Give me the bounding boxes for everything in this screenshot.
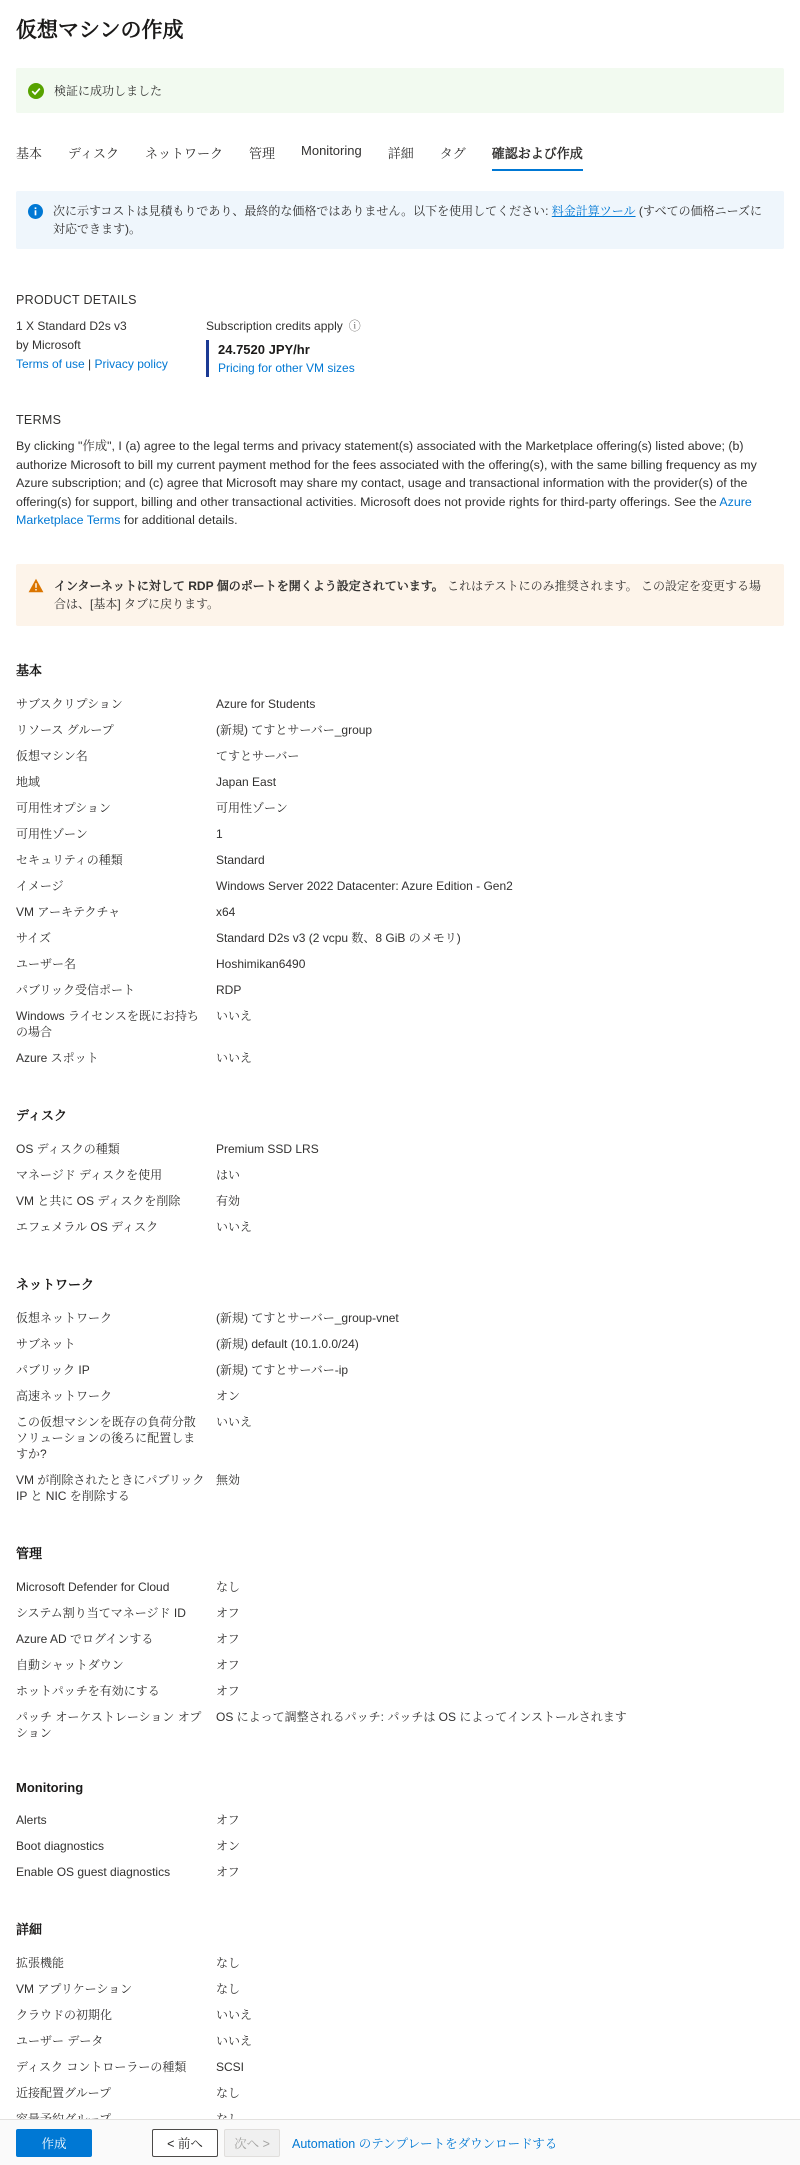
detail-label: Azure スポット	[16, 1050, 216, 1066]
detail-value: なし	[216, 1981, 784, 1997]
detail-row: 自動シャットダウンオフ	[16, 1652, 784, 1678]
detail-label: VM アーキテクチャ	[16, 904, 216, 920]
detail-value: RDP	[216, 982, 784, 998]
detail-value: (新規) てすとサーバー_group-vnet	[216, 1310, 784, 1326]
detail-label: OS ディスクの種類	[16, 1141, 216, 1157]
info-icon	[28, 204, 43, 219]
detail-row: VM が削除されたときにパブリック IP と NIC を削除する無効	[16, 1467, 784, 1509]
detail-row: VM アプリケーションなし	[16, 1976, 784, 2002]
tab-タグ[interactable]: タグ	[440, 143, 466, 171]
detail-label: 仮想マシン名	[16, 748, 216, 764]
tab-基本[interactable]: 基本	[16, 143, 42, 171]
detail-label: 可用性ゾーン	[16, 826, 216, 842]
terms-text-before: By clicking "作成", I (a) agree to the leg…	[16, 439, 757, 509]
detail-label: セキュリティの種類	[16, 852, 216, 868]
detail-row: VM と共に OS ディスクを削除有効	[16, 1188, 784, 1214]
detail-value: オフ	[216, 1864, 784, 1880]
detail-label: クラウドの初期化	[16, 2007, 216, 2023]
detail-value: いいえ	[216, 2033, 784, 2049]
page-title: 仮想マシンの作成	[16, 14, 784, 44]
cost-info-text-before: 次に示すコストは見積もりであり、最終的な価格ではありません。以下を使用してくださ…	[53, 204, 552, 218]
detail-value: OS によって調整されるパッチ: パッチは OS によってインストールされます	[216, 1709, 784, 1741]
create-vm-page: 仮想マシンの作成 検証に成功しました 基本ディスクネットワーク管理Monitor…	[0, 14, 800, 2132]
detail-value: てすとサーバー	[216, 748, 784, 764]
detail-label: Alerts	[16, 1812, 216, 1828]
next-button: 次へ >	[224, 2129, 280, 2157]
detail-row: パブリック IP(新規) てすとサーバー-ip	[16, 1357, 784, 1383]
detail-row: サブスクリプションAzure for Students	[16, 691, 784, 717]
detail-label: Microsoft Defender for Cloud	[16, 1579, 216, 1595]
detail-row: 仮想ネットワーク(新規) てすとサーバー_group-vnet	[16, 1305, 784, 1331]
detail-label: 拡張機能	[16, 1955, 216, 1971]
detail-label: Azure AD でログインする	[16, 1631, 216, 1647]
detail-label: サブスクリプション	[16, 696, 216, 712]
tab-確認および作成[interactable]: 確認および作成	[492, 143, 583, 171]
detail-value: なし	[216, 1955, 784, 1971]
detail-label: 自動シャットダウン	[16, 1657, 216, 1673]
detail-row: Alertsオフ	[16, 1807, 784, 1833]
subscription-credits-label: Subscription credits apply	[206, 319, 343, 333]
privacy-policy-link[interactable]: Privacy policy	[95, 357, 168, 371]
terms-of-use-link[interactable]: Terms of use	[16, 357, 85, 371]
detail-row: 地域Japan East	[16, 769, 784, 795]
detail-value: Premium SSD LRS	[216, 1141, 784, 1157]
detail-value: Standard D2s v3 (2 vcpu 数、8 GiB のメモリ)	[216, 930, 784, 946]
section-title: 管理	[16, 1543, 784, 1562]
detail-label: エフェメラル OS ディスク	[16, 1219, 216, 1235]
product-details-left: 1 X Standard D2s v3 by Microsoft Terms o…	[16, 317, 206, 377]
detail-row: サイズStandard D2s v3 (2 vcpu 数、8 GiB のメモリ)	[16, 925, 784, 951]
detail-value: オフ	[216, 1657, 784, 1673]
detail-value: Standard	[216, 852, 784, 868]
product-publisher: by Microsoft	[16, 336, 206, 355]
terms-text-after: for additional details.	[120, 513, 237, 527]
detail-value: オフ	[216, 1631, 784, 1647]
detail-value: いいえ	[216, 1008, 784, 1040]
detail-value: はい	[216, 1167, 784, 1183]
rdp-warning-bold: インターネットに対して RDP 個のポートを開くよう設定されています。	[54, 579, 444, 593]
detail-value: (新規) てすとサーバー_group	[216, 722, 784, 738]
detail-label: イメージ	[16, 878, 216, 894]
detail-row: Windows ライセンスを既にお持ちの場合いいえ	[16, 1003, 784, 1045]
pricing-other-vm-sizes-link[interactable]: Pricing for other VM sizes	[218, 361, 355, 375]
detail-value: いいえ	[216, 1219, 784, 1235]
cost-info-banner: 次に示すコストは見積もりであり、最終的な価格ではありません。以下を使用してくださ…	[16, 191, 784, 249]
detail-row: サブネット(新規) default (10.1.0.0/24)	[16, 1331, 784, 1357]
detail-row: ユーザー データいいえ	[16, 2028, 784, 2054]
credits-info-icon[interactable]: ⓘ	[349, 317, 361, 334]
detail-label: 地域	[16, 774, 216, 790]
detail-row: Boot diagnosticsオン	[16, 1833, 784, 1859]
detail-row: 可用性オプション可用性ゾーン	[16, 795, 784, 821]
detail-row: Enable OS guest diagnosticsオフ	[16, 1859, 784, 1885]
detail-value: Japan East	[216, 774, 784, 790]
detail-value: 無効	[216, 1472, 784, 1504]
detail-value: なし	[216, 2085, 784, 2101]
detail-label: VM と共に OS ディスクを削除	[16, 1193, 216, 1209]
section-title: ネットワーク	[16, 1274, 784, 1293]
detail-row: Microsoft Defender for Cloudなし	[16, 1574, 784, 1600]
detail-label: パブリック受信ポート	[16, 982, 216, 998]
detail-label: この仮想マシンを既存の負荷分散ソリューションの後ろに配置しますか?	[16, 1414, 216, 1462]
terms-body: By clicking "作成", I (a) agree to the leg…	[16, 437, 784, 530]
product-name: 1 X Standard D2s v3	[16, 317, 206, 336]
cost-info-text: 次に示すコストは見積もりであり、最終的な価格ではありません。以下を使用してくださ…	[53, 202, 772, 238]
previous-button[interactable]: < 前へ	[152, 2129, 218, 2157]
detail-value: オフ	[216, 1683, 784, 1699]
rdp-warning-text: インターネットに対して RDP 個のポートを開くよう設定されています。 これはテ…	[54, 577, 772, 613]
tab-ディスク[interactable]: ディスク	[68, 143, 119, 171]
detail-row: エフェメラル OS ディスクいいえ	[16, 1214, 784, 1240]
detail-row: 拡張機能なし	[16, 1950, 784, 1976]
detail-label: VM アプリケーション	[16, 1981, 216, 1997]
price-block: 24.7520 JPY/hr Pricing for other VM size…	[206, 340, 784, 377]
tab-詳細[interactable]: 詳細	[388, 143, 414, 171]
detail-row: クラウドの初期化いいえ	[16, 2002, 784, 2028]
create-button[interactable]: 作成	[16, 2129, 92, 2157]
detail-row: この仮想マシンを既存の負荷分散ソリューションの後ろに配置しますか?いいえ	[16, 1409, 784, 1467]
tab-管理[interactable]: 管理	[249, 143, 275, 171]
detail-row: VM アーキテクチャx64	[16, 899, 784, 925]
summary-sections: 基本サブスクリプションAzure for Studentsリソース グループ(新…	[16, 660, 784, 2132]
detail-value: (新規) default (10.1.0.0/24)	[216, 1336, 784, 1352]
detail-value: Hoshimikan6490	[216, 956, 784, 972]
detail-value: 1	[216, 826, 784, 842]
detail-row: パブリック受信ポートRDP	[16, 977, 784, 1003]
detail-value: 可用性ゾーン	[216, 800, 784, 816]
detail-value: Azure for Students	[216, 696, 784, 712]
detail-label: Windows ライセンスを既にお持ちの場合	[16, 1008, 216, 1040]
detail-label: Enable OS guest diagnostics	[16, 1864, 216, 1880]
detail-label: Boot diagnostics	[16, 1838, 216, 1854]
section-title: 詳細	[16, 1919, 784, 1938]
detail-label: ホットパッチを有効にする	[16, 1683, 216, 1699]
detail-label: ユーザー データ	[16, 2033, 216, 2049]
detail-label: パッチ オーケストレーション オプション	[16, 1709, 216, 1741]
detail-row: OS ディスクの種類Premium SSD LRS	[16, 1136, 784, 1162]
detail-value: いいえ	[216, 1414, 784, 1462]
validation-success-text: 検証に成功しました	[54, 82, 162, 99]
detail-label: ディスク コントローラーの種類	[16, 2059, 216, 2075]
detail-row: 仮想マシン名てすとサーバー	[16, 743, 784, 769]
section-title: ディスク	[16, 1105, 784, 1124]
download-automation-template-link[interactable]: Automation のテンプレートをダウンロードする	[292, 2134, 557, 2152]
detail-label: 可用性オプション	[16, 800, 216, 816]
detail-value: x64	[216, 904, 784, 920]
detail-value: SCSI	[216, 2059, 784, 2075]
detail-row: セキュリティの種類Standard	[16, 847, 784, 873]
detail-row: 高速ネットワークオン	[16, 1383, 784, 1409]
tab-ネットワーク[interactable]: ネットワーク	[145, 143, 223, 171]
validation-success-banner: 検証に成功しました	[16, 68, 784, 113]
detail-value: 有効	[216, 1193, 784, 1209]
detail-label: ユーザー名	[16, 956, 216, 972]
detail-label: システム割り当てマネージド ID	[16, 1605, 216, 1621]
detail-row: パッチ オーケストレーション オプションOS によって調整されるパッチ: パッチ…	[16, 1704, 784, 1746]
tab-bar: 基本ディスクネットワーク管理Monitoring詳細タグ確認および作成	[16, 143, 784, 171]
tab-Monitoring[interactable]: Monitoring	[301, 143, 362, 171]
product-details: 1 X Standard D2s v3 by Microsoft Terms o…	[16, 317, 784, 377]
pricing-calculator-link[interactable]: 料金計算ツール	[552, 204, 636, 218]
detail-value: いいえ	[216, 2007, 784, 2023]
warning-triangle-icon	[28, 578, 44, 593]
detail-row: Azure スポットいいえ	[16, 1045, 784, 1071]
detail-row: ユーザー名Hoshimikan6490	[16, 951, 784, 977]
detail-row: マネージド ディスクを使用はい	[16, 1162, 784, 1188]
detail-row: システム割り当てマネージド IDオフ	[16, 1600, 784, 1626]
detail-row: リソース グループ(新規) てすとサーバー_group	[16, 717, 784, 743]
detail-value: オン	[216, 1838, 784, 1854]
section-title: Monitoring	[16, 1780, 784, 1795]
detail-row: イメージWindows Server 2022 Datacenter: Azur…	[16, 873, 784, 899]
detail-value: (新規) てすとサーバー-ip	[216, 1362, 784, 1378]
detail-value: オフ	[216, 1812, 784, 1828]
detail-label: パブリック IP	[16, 1362, 216, 1378]
detail-value: Windows Server 2022 Datacenter: Azure Ed…	[216, 878, 784, 894]
footer-bar: 作成 < 前へ 次へ > Automation のテンプレートをダウンロードする	[0, 2119, 800, 2165]
detail-row: Azure AD でログインするオフ	[16, 1626, 784, 1652]
detail-label: VM が削除されたときにパブリック IP と NIC を削除する	[16, 1472, 216, 1504]
detail-label: サブネット	[16, 1336, 216, 1352]
detail-value: オン	[216, 1388, 784, 1404]
check-circle-icon	[28, 83, 44, 99]
detail-row: ディスク コントローラーの種類SCSI	[16, 2054, 784, 2080]
detail-label: サイズ	[16, 930, 216, 946]
section-title: 基本	[16, 660, 784, 679]
product-details-heading: PRODUCT DETAILS	[16, 293, 784, 307]
product-details-right: Subscription credits apply ⓘ 24.7520 JPY…	[206, 317, 784, 377]
detail-value: なし	[216, 1579, 784, 1595]
price-value: 24.7520 JPY/hr	[218, 342, 784, 357]
detail-label: 仮想ネットワーク	[16, 1310, 216, 1326]
detail-label: 高速ネットワーク	[16, 1388, 216, 1404]
detail-row: 可用性ゾーン1	[16, 821, 784, 847]
link-separator: |	[88, 357, 91, 371]
detail-row: ホットパッチを有効にするオフ	[16, 1678, 784, 1704]
detail-label: リソース グループ	[16, 722, 216, 738]
terms-heading: TERMS	[16, 413, 784, 427]
detail-value: いいえ	[216, 1050, 784, 1066]
detail-row: 近接配置グループなし	[16, 2080, 784, 2106]
detail-label: 近接配置グループ	[16, 2085, 216, 2101]
rdp-warning-banner: インターネットに対して RDP 個のポートを開くよう設定されています。 これはテ…	[16, 564, 784, 626]
detail-value: オフ	[216, 1605, 784, 1621]
detail-label: マネージド ディスクを使用	[16, 1167, 216, 1183]
